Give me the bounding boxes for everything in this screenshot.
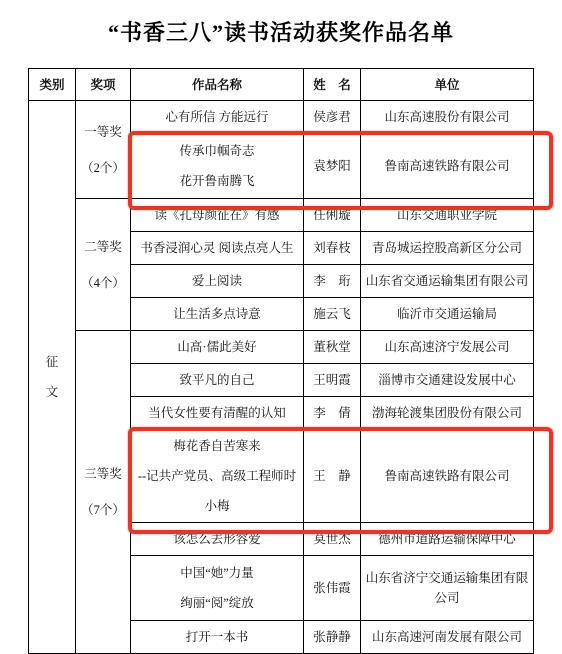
work-title-cell: 读《孔母颜征在》有感 — [131, 199, 304, 232]
work-title-line: 绚丽“阅”绽放 — [134, 588, 300, 618]
work-title-line: --记共产党员、高级工程师时 — [134, 461, 300, 491]
work-title-line: 传承巾帼奇志 — [134, 136, 300, 166]
work-title-line: 让生活多点诗意 — [134, 299, 300, 329]
work-title-cell: 致平凡的自己 — [131, 364, 304, 397]
category-char: 文 — [32, 379, 72, 405]
work-title-line: 致平凡的自己 — [134, 365, 300, 395]
award-count: （2个） — [79, 153, 127, 183]
work-title-line: 爱上阅读 — [134, 266, 300, 296]
work-title-cell: 该怎么去形容爱 — [131, 523, 304, 556]
column-header-4: 单位 — [361, 69, 534, 101]
award-label: 一等奖 — [79, 117, 127, 147]
work-title-line: 当代女性要有清醒的认知 — [134, 398, 300, 428]
author-name-cell: 张静静 — [304, 621, 361, 654]
document-page: “书香三八”读书活动获奖作品名单 类别奖项作品名称姓 名单位 征文一等奖（2个）… — [0, 0, 562, 654]
column-header-1: 奖项 — [76, 69, 131, 101]
author-name-cell: 李 倩 — [304, 397, 361, 430]
unit-cell: 淄博市交通建设发展中心 — [361, 364, 534, 397]
work-title-cell: 山高·儒此美好 — [131, 331, 304, 364]
work-title-line: 打开一本书 — [134, 622, 300, 652]
unit-cell: 德州市道路运输保障中心 — [361, 523, 534, 556]
author-name-cell: 董秋堂 — [304, 331, 361, 364]
column-header-2: 作品名称 — [131, 69, 304, 101]
unit-cell: 鲁南高速铁路有限公司 — [361, 430, 534, 523]
table-row: 二等奖（4个）读《孔母颜征在》有感任俐璇山东交通职业学院 — [29, 199, 534, 232]
work-title-line: 梅花香自苦寒来 — [134, 431, 300, 461]
work-title-cell: 爱上阅读 — [131, 265, 304, 298]
author-name-cell: 刘春枝 — [304, 232, 361, 265]
author-name-cell: 王明霞 — [304, 364, 361, 397]
author-name-cell: 侯彦君 — [304, 101, 361, 134]
table-row: 征文一等奖（2个）心有所信 方能远行侯彦君山东高速股份有限公司 — [29, 101, 534, 134]
unit-cell: 山东省济宁交通运输集团有限公司 — [361, 556, 534, 621]
header-row: 类别奖项作品名称姓 名单位 — [29, 69, 534, 101]
table-row: 三等奖（7个）山高·儒此美好董秋堂山东高速济宁发展公司 — [29, 331, 534, 364]
author-name-cell: 莫世杰 — [304, 523, 361, 556]
award-cell: 二等奖（4个） — [76, 199, 131, 331]
work-title-cell: 当代女性要有清醒的认知 — [131, 397, 304, 430]
work-title-line: 小梅 — [134, 491, 300, 521]
award-cell: 一等奖（2个） — [76, 101, 131, 199]
work-title-line: 该怎么去形容爱 — [134, 524, 300, 554]
author-name-cell: 王 静 — [304, 430, 361, 523]
work-title-cell: 书香浸润心灵 阅读点亮人生 — [131, 232, 304, 265]
work-title-line: 山高·儒此美好 — [134, 332, 300, 362]
unit-cell: 山东交通职业学院 — [361, 199, 534, 232]
award-count: （4个） — [79, 268, 127, 298]
work-title-line: 花开鲁南腾飞 — [134, 166, 300, 196]
work-title-line: 读《孔母颜征在》有感 — [134, 200, 300, 230]
unit-cell: 临沂市交通运输局 — [361, 298, 534, 331]
unit-cell: 渤海轮渡集团股份有限公司 — [361, 397, 534, 430]
work-title-cell: 中国“她”力量绚丽“阅”绽放 — [131, 556, 304, 621]
unit-cell: 山东省交通运输集团有限公司 — [361, 265, 534, 298]
unit-cell: 鲁南高速铁路有限公司 — [361, 134, 534, 199]
work-title-line: 书香浸润心灵 阅读点亮人生 — [134, 233, 300, 263]
work-title-cell: 打开一本书 — [131, 621, 304, 654]
awards-table: 类别奖项作品名称姓 名单位 征文一等奖（2个）心有所信 方能远行侯彦君山东高速股… — [28, 68, 534, 654]
award-label: 二等奖 — [79, 232, 127, 262]
column-header-0: 类别 — [29, 69, 76, 101]
unit-cell: 山东高速济宁发展公司 — [361, 331, 534, 364]
unit-cell: 青岛城运控股高新区分公司 — [361, 232, 534, 265]
award-label: 三等奖 — [79, 459, 127, 489]
work-title-cell: 梅花香自苦寒来--记共产党员、高级工程师时小梅 — [131, 430, 304, 523]
author-name-cell: 李 珩 — [304, 265, 361, 298]
work-title-line: 中国“她”力量 — [134, 558, 300, 588]
award-count: （7个） — [79, 495, 127, 525]
award-cell: 三等奖（7个） — [76, 331, 131, 654]
author-name-cell: 张伟霞 — [304, 556, 361, 621]
category-char: 征 — [32, 349, 72, 375]
category-cell: 征文 — [29, 101, 76, 654]
author-name-cell: 施云飞 — [304, 298, 361, 331]
unit-cell: 山东高速河南发展有限公司 — [361, 621, 534, 654]
unit-cell: 山东高速股份有限公司 — [361, 101, 534, 134]
table-body: 征文一等奖（2个）心有所信 方能远行侯彦君山东高速股份有限公司传承巾帼奇志花开鲁… — [29, 101, 534, 654]
work-title-line: 心有所信 方能远行 — [134, 102, 300, 132]
column-header-3: 姓 名 — [304, 69, 361, 101]
work-title-cell: 传承巾帼奇志花开鲁南腾飞 — [131, 134, 304, 199]
author-name-cell: 任俐璇 — [304, 199, 361, 232]
author-name-cell: 袁梦阳 — [304, 134, 361, 199]
page-title: “书香三八”读书活动获奖作品名单 — [0, 16, 562, 47]
work-title-cell: 让生活多点诗意 — [131, 298, 304, 331]
work-title-cell: 心有所信 方能远行 — [131, 101, 304, 134]
